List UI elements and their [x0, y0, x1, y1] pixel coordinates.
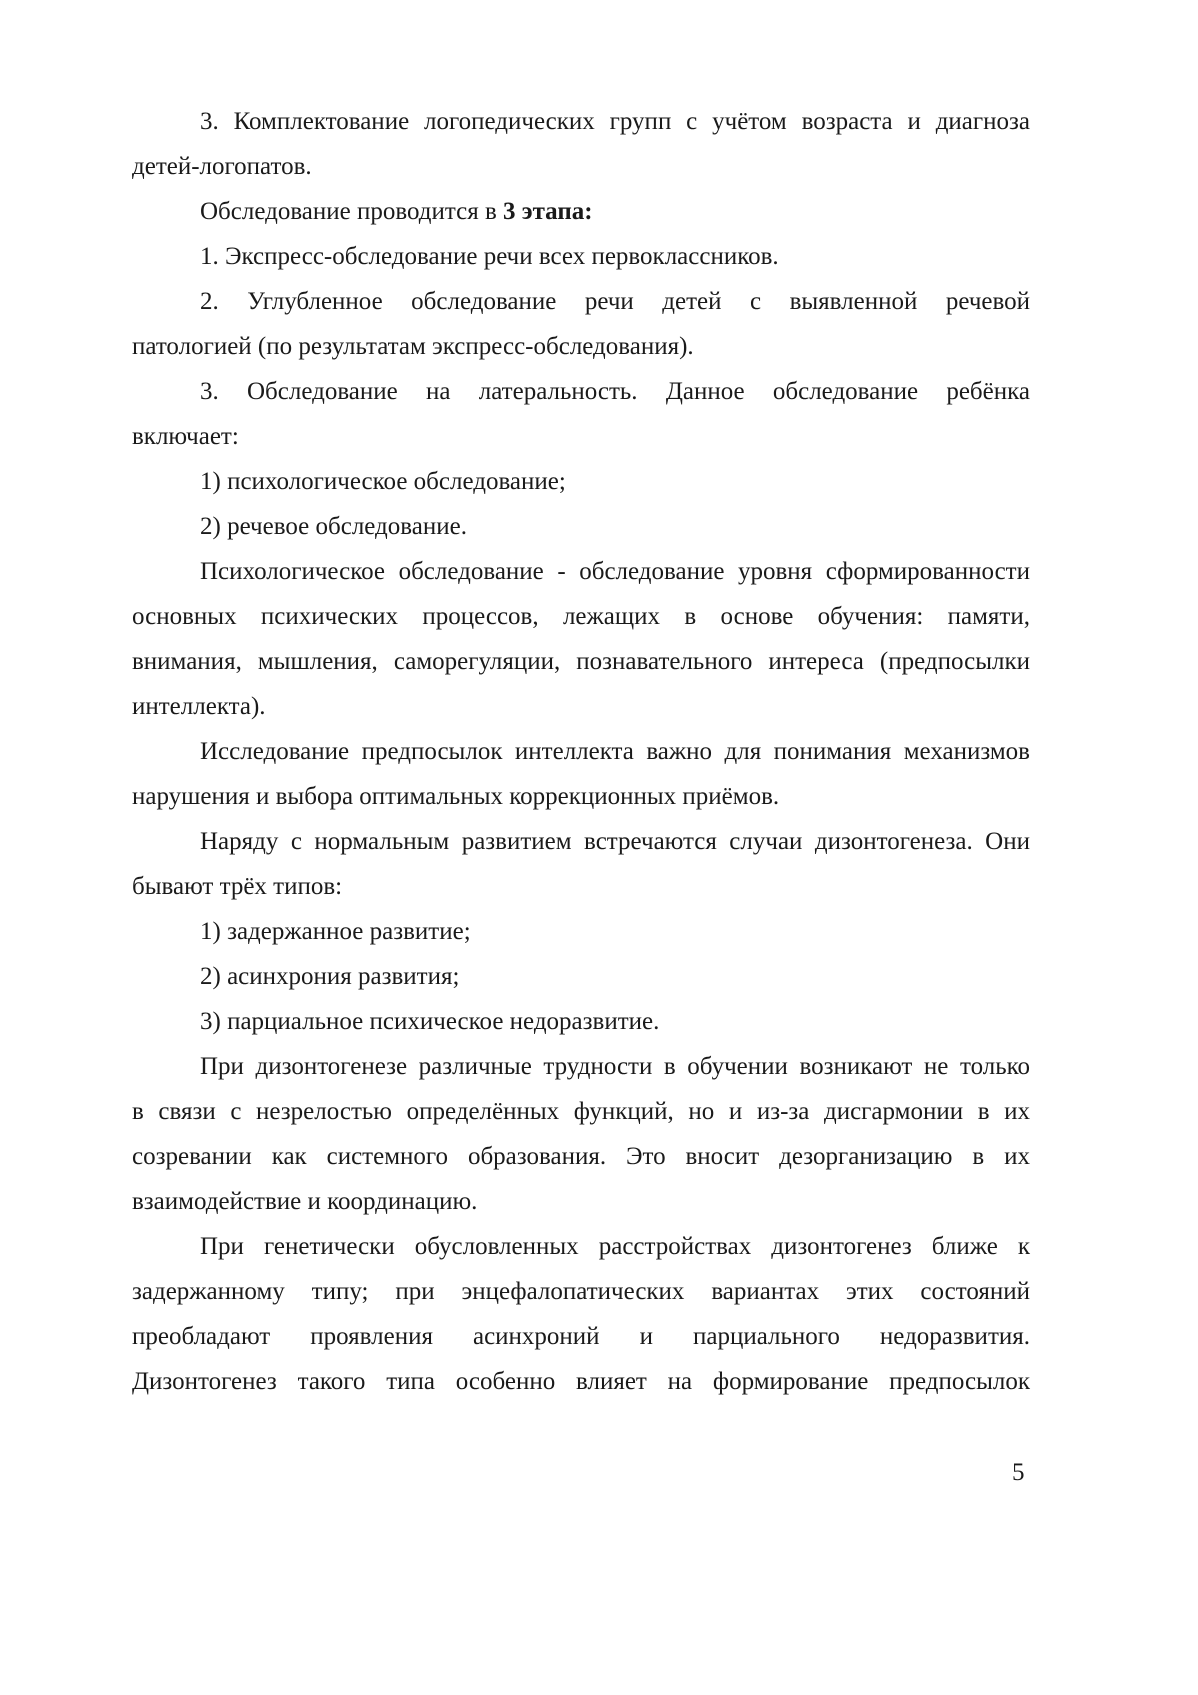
page-number: 5 — [1012, 1458, 1025, 1488]
text-line: интеллекта). — [132, 692, 1030, 722]
text-line: внимания, мышления, саморегуляции, позна… — [132, 647, 1030, 677]
document-page: 3. Комплектование логопедических групп с… — [0, 0, 1198, 1695]
text-line: основных психических процессов, лежащих … — [132, 602, 1030, 632]
text-line-content: внимания, мышления, саморегуляции, позна… — [132, 648, 1030, 675]
text-line-content: 3. Обследование на латеральность. Данное… — [200, 378, 1030, 405]
text-line: 1) задержанное развитие; — [200, 917, 1030, 947]
text-line: бывают трёх типов: — [132, 872, 1030, 902]
text-line: 1) психологическое обследование; — [200, 467, 1030, 497]
text-line: Исследование предпосылок интеллекта важн… — [200, 737, 1030, 767]
text-line-content: созревании как системного образования. Э… — [132, 1143, 1030, 1170]
text-line: Психологическое обследование - обследова… — [200, 557, 1030, 587]
bold-emphasis: 3 этапа: — [503, 198, 593, 225]
text-line: задержанному типу; при энцефалопатически… — [132, 1277, 1030, 1307]
text-line: нарушения и выбора оптимальных коррекцио… — [132, 782, 1030, 812]
text-line-content: При дизонтогенезе различные трудности в … — [200, 1053, 1030, 1080]
text-line-content: основных психических процессов, лежащих … — [132, 603, 1030, 630]
text-line: преобладают проявления асинхроний и парц… — [132, 1322, 1030, 1352]
text-line: 2) речевое обследование. — [200, 512, 1030, 542]
text-line-content: 2) речевое обследование. — [200, 513, 467, 540]
text-line-content: бывают трёх типов: — [132, 873, 342, 900]
text-line-content: 1) психологическое обследование; — [200, 468, 566, 495]
text-line-content: патологией (по результатам экспресс-обсл… — [132, 333, 694, 360]
text-line: 3. Комплектование логопедических групп с… — [200, 107, 1030, 137]
text-line-content: интеллекта). — [132, 693, 266, 720]
text-line-content: Исследование предпосылок интеллекта важн… — [200, 738, 1030, 765]
text-line: 3) парциальное психическое недоразвитие. — [200, 1007, 1030, 1037]
text-line-content: 1) задержанное развитие; — [200, 918, 471, 945]
text-line: взаимодействие и координацию. — [132, 1187, 1030, 1217]
text-line-content: Дизонтогенез такого типа особенно влияет… — [132, 1368, 1030, 1395]
text-line-content: Наряду с нормальным развитием встречаютс… — [200, 828, 1030, 855]
text-line-content: 3. Комплектование логопедических групп с… — [200, 108, 1030, 135]
text-line-content: Обследование проводится в — [200, 198, 503, 225]
text-line-content: 2. Углубленное обследование речи детей с… — [200, 288, 1030, 315]
text-line: Обследование проводится в 3 этапа: — [200, 197, 1030, 227]
text-line: в связи с незрелостью определённых функц… — [132, 1097, 1030, 1127]
text-line-content: детей-логопатов. — [132, 153, 312, 180]
text-line-content: 2) асинхрония развития; — [200, 963, 459, 990]
text-line: 2) асинхрония развития; — [200, 962, 1030, 992]
text-line-content: Психологическое обследование - обследова… — [200, 558, 1030, 585]
text-line-content: При генетически обусловленных расстройст… — [200, 1233, 1030, 1260]
text-line-content: задержанному типу; при энцефалопатически… — [132, 1278, 1030, 1305]
text-line-content: включает: — [132, 423, 239, 450]
text-line-content: 1. Экспресс-обследование речи всех перво… — [200, 243, 779, 270]
text-line-content: взаимодействие и координацию. — [132, 1188, 477, 1215]
text-line-content: нарушения и выбора оптимальных коррекцио… — [132, 783, 779, 810]
text-line: включает: — [132, 422, 1030, 452]
text-line-content: в связи с незрелостью определённых функц… — [132, 1098, 1030, 1125]
text-line: патологией (по результатам экспресс-обсл… — [132, 332, 1030, 362]
text-line-content: преобладают проявления асинхроний и парц… — [132, 1323, 1030, 1350]
text-line: детей-логопатов. — [132, 152, 1030, 182]
text-line: При генетически обусловленных расстройст… — [200, 1232, 1030, 1262]
text-line: созревании как системного образования. Э… — [132, 1142, 1030, 1172]
text-line: 2. Углубленное обследование речи детей с… — [200, 287, 1030, 317]
text-line: При дизонтогенезе различные трудности в … — [200, 1052, 1030, 1082]
text-line: Наряду с нормальным развитием встречаютс… — [200, 827, 1030, 857]
text-line: 3. Обследование на латеральность. Данное… — [200, 377, 1030, 407]
text-line: Дизонтогенез такого типа особенно влияет… — [132, 1367, 1030, 1397]
text-line: 1. Экспресс-обследование речи всех перво… — [200, 242, 1030, 272]
text-line-content: 3) парциальное психическое недоразвитие. — [200, 1008, 659, 1035]
